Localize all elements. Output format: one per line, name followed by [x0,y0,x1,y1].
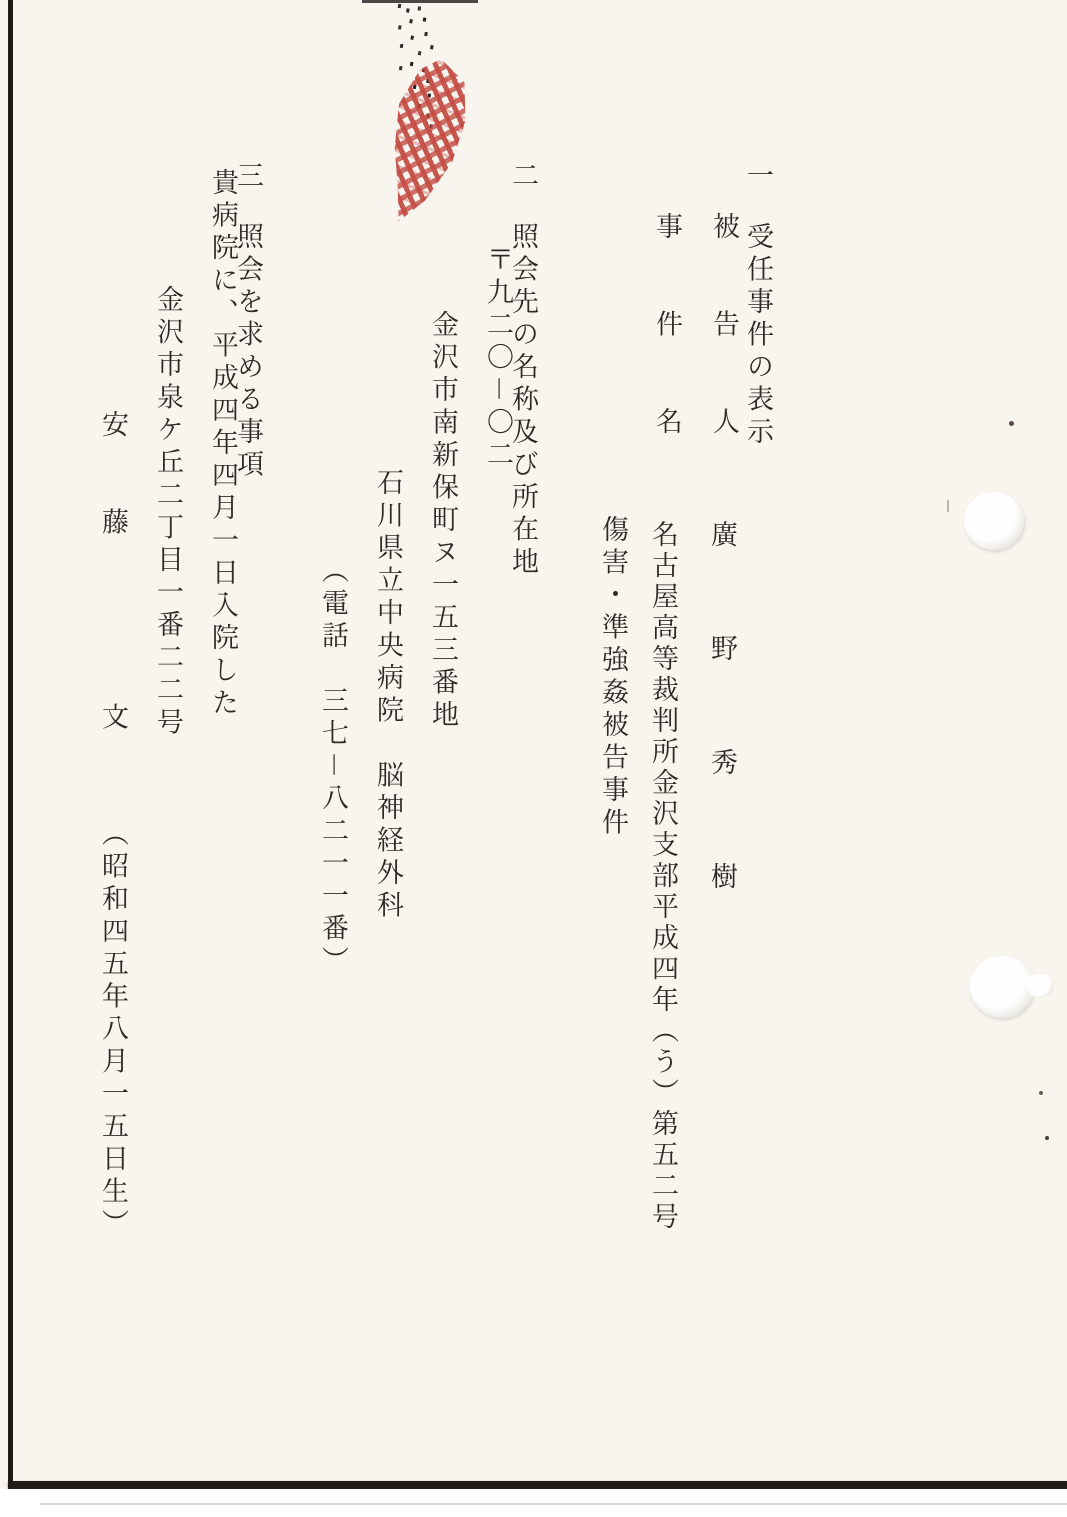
punch-hole-bottom [970,956,1034,1018]
punch-hole-bottom-tail [1026,974,1054,998]
inquiry-phone: （電話 三七－八二一一番） [318,556,348,979]
scanned-document-page: 一受任事件の表示 被 告 人 廣 野 秀 樹 事 件 名 名古屋高等裁判所金沢支… [0,0,1067,1517]
section-1-number: 一 [743,161,773,194]
punch-hole-top [964,492,1024,550]
inquiry-item-line-2: 金沢市泉ケ丘二丁目一番二二号 [153,285,183,740]
scan-edge-left [8,0,13,1486]
scan-speck [1039,1091,1043,1095]
black-ink-speckles [398,4,402,8]
defendant-label: 被 告 人 [709,212,739,440]
red-seal-stamp [353,47,485,233]
scan-edge-bottom [8,1481,1067,1489]
inquiry-institution: 石川県立中央病院 脳神経外科 [373,468,403,923]
scan-speck [1009,421,1014,426]
inquiry-item-line-3: 安 藤 文 （昭和四五年八月一五日生） [98,410,128,1242]
scan-speck [1045,1136,1049,1140]
scan-hairline [40,1503,1067,1505]
postal-code: 〒九二〇－〇二 [483,245,513,473]
case-name-label: 事 件 名 [652,212,682,440]
scan-speck [947,500,949,512]
defendant-name: 廣 野 秀 樹 [707,520,737,900]
section-1-heading: 受任事件の表示 [743,222,773,450]
inquiry-item-line-1: 貴病院に、平成四年四月一日入院した [208,168,238,721]
case-name-line-1: 名古屋高等裁判所金沢支部平成四年（う）第五二号 [648,520,678,1233]
inquiry-address: 金沢市南新保町ヌ一五三番地 [428,310,458,733]
scan-top-edge [362,0,478,3]
scan-margin-strip [0,1489,1067,1517]
case-name-line-2: 傷害・準強姦被告事件 [598,515,628,840]
section-2-number: 二 [508,161,538,194]
